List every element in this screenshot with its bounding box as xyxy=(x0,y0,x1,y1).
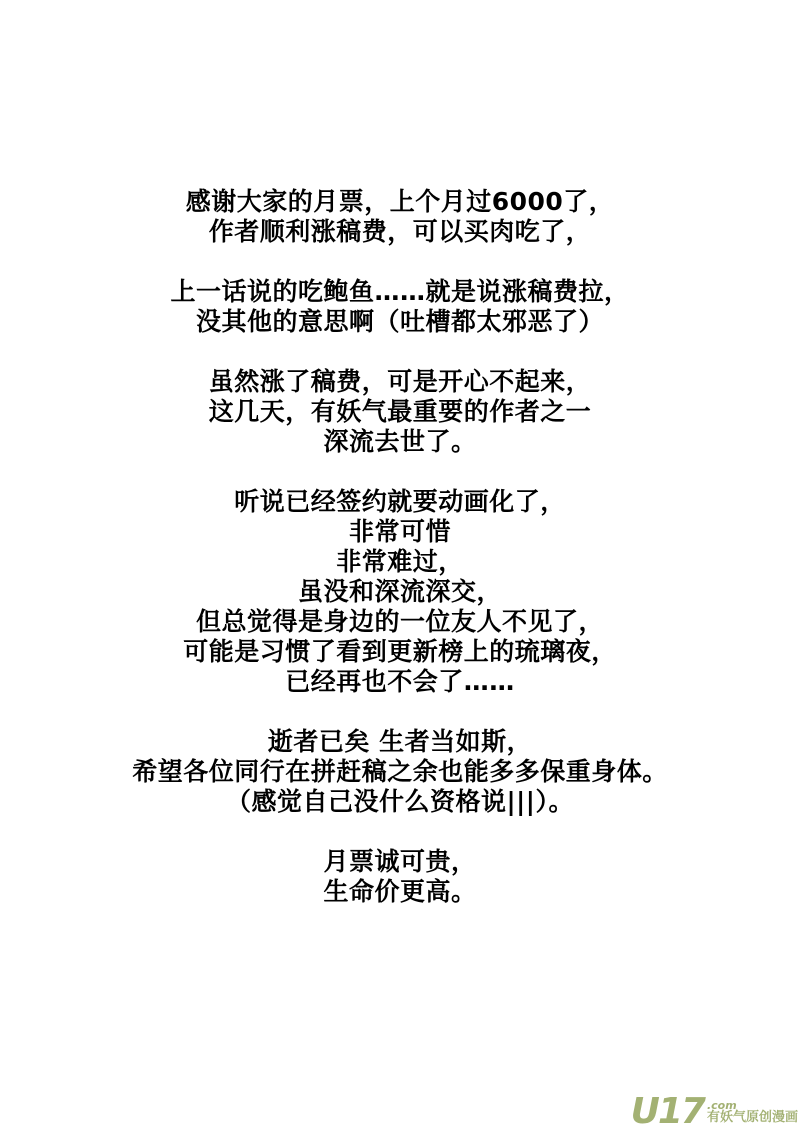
text-line: 逝者已矣 生者当如斯， xyxy=(0,727,800,757)
paragraph-thanks: 感谢大家的月票，上个月过6000了， 作者顺利涨稿费，可以买肉吃了， xyxy=(0,187,800,247)
text-line: 希望各位同行在拼赶稿之余也能多多保重身体。 xyxy=(0,757,800,787)
text-line: （感觉自己没什么资格说|||）。 xyxy=(0,787,800,817)
text-line: 深流去世了。 xyxy=(0,427,800,457)
u17-logo-right-column: .com 有妖气原创漫画 xyxy=(707,1100,798,1126)
author-note-text-block: 感谢大家的月票，上个月过6000了， 作者顺利涨稿费，可以买肉吃了， 上一话说的… xyxy=(0,187,800,907)
u17-logo: U17 .com 有妖气原创漫画 xyxy=(631,1098,798,1126)
paragraph-abalone-joke: 上一话说的吃鲍鱼……就是说涨稿费拉， 没其他的意思啊（吐槽都太邪恶了） xyxy=(0,277,800,337)
text-line: 非常可惜 xyxy=(0,517,800,547)
text-line: 但总觉得是身边的一位友人不见了， xyxy=(0,607,800,637)
text-line: 生命价更高。 xyxy=(0,877,800,907)
text-line: 可能是习惯了看到更新榜上的琉璃夜， xyxy=(0,637,800,667)
text-line: 已经再也不会了…… xyxy=(0,667,800,697)
paragraph-closing-verse: 月票诚可贵， 生命价更高。 xyxy=(0,847,800,907)
u17-brand-text: U17 xyxy=(631,1098,704,1126)
text-line: 虽然涨了稿费，可是开心不起来， xyxy=(0,367,800,397)
u17-tagline-text: 有妖气原创漫画 xyxy=(707,1111,798,1125)
text-line: 听说已经签约就要动画化了， xyxy=(0,487,800,517)
paragraph-sad-news: 虽然涨了稿费，可是开心不起来， 这几天，有妖气最重要的作者之一 深流去世了。 xyxy=(0,367,800,457)
paragraph-wishes: 逝者已矣 生者当如斯， 希望各位同行在拼赶稿之余也能多多保重身体。 （感觉自己没… xyxy=(0,727,800,817)
paragraph-mourning: 听说已经签约就要动画化了， 非常可惜 非常难过， 虽没和深流深交， 但总觉得是身… xyxy=(0,487,800,697)
text-line: 作者顺利涨稿费，可以买肉吃了， xyxy=(0,217,800,247)
text-line: 这几天，有妖气最重要的作者之一 xyxy=(0,397,800,427)
text-line: 月票诚可贵， xyxy=(0,847,800,877)
text-line: 非常难过， xyxy=(0,547,800,577)
text-line: 感谢大家的月票，上个月过6000了， xyxy=(0,187,800,217)
comic-page: 感谢大家的月票，上个月过6000了， 作者顺利涨稿费，可以买肉吃了， 上一话说的… xyxy=(0,0,800,1130)
text-line: 虽没和深流深交， xyxy=(0,577,800,607)
text-line: 上一话说的吃鲍鱼……就是说涨稿费拉， xyxy=(0,277,800,307)
text-line: 没其他的意思啊（吐槽都太邪恶了） xyxy=(0,307,800,337)
